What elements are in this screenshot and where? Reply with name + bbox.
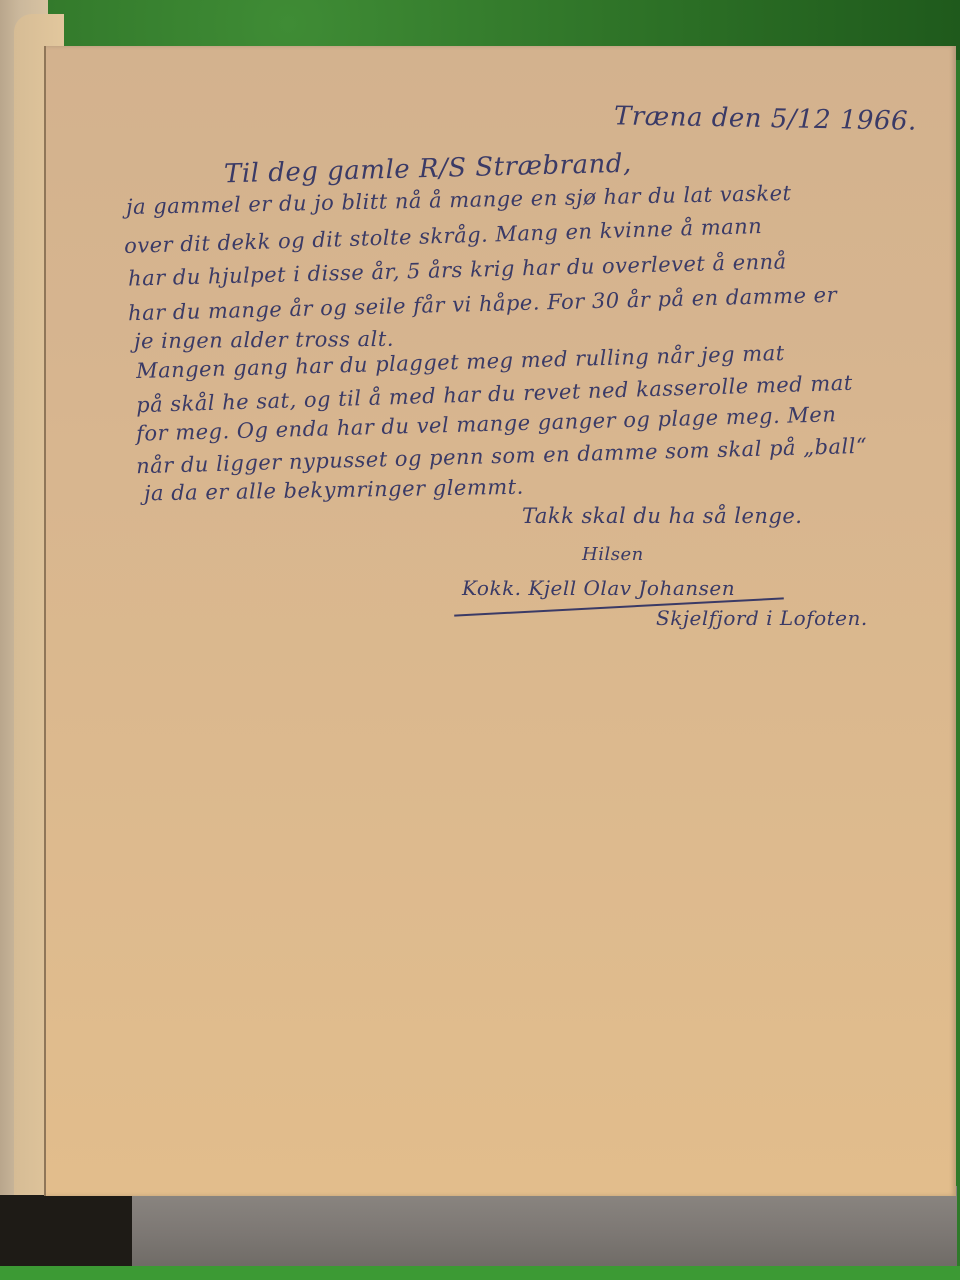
- letter-closing: Takk skal du ha så lenge.: [522, 504, 803, 528]
- letter-greeting: Hilsen: [582, 544, 644, 565]
- letter-body-line: har du hjulpet i disse år, 5 års krig ha…: [128, 249, 787, 290]
- letter-signature: Kokk. Kjell Olav Johansen: [462, 576, 735, 600]
- letter-body-line: har du mange år og seile får vi håpe. Fo…: [128, 283, 838, 326]
- metal-plate-bottom: [132, 1186, 957, 1268]
- guestbook-page: Træna den 5/12 1966. Til deg gamle R/S S…: [44, 46, 956, 1196]
- letter-body-line: over dit dekk og dit stolte skråg. Mang …: [124, 214, 763, 258]
- letter-location: Skjelfjord i Lofoten.: [656, 606, 868, 630]
- letter-salutation: Til deg gamle R/S Stræbrand,: [224, 149, 632, 190]
- letter-body-line: je ingen alder tross alt.: [134, 327, 394, 353]
- green-felt-background-bottom: [0, 1266, 960, 1280]
- letter-date: Træna den 5/12 1966.: [614, 101, 917, 136]
- letter-body-line: ja da er alle bekymringer glemmt.: [144, 475, 524, 506]
